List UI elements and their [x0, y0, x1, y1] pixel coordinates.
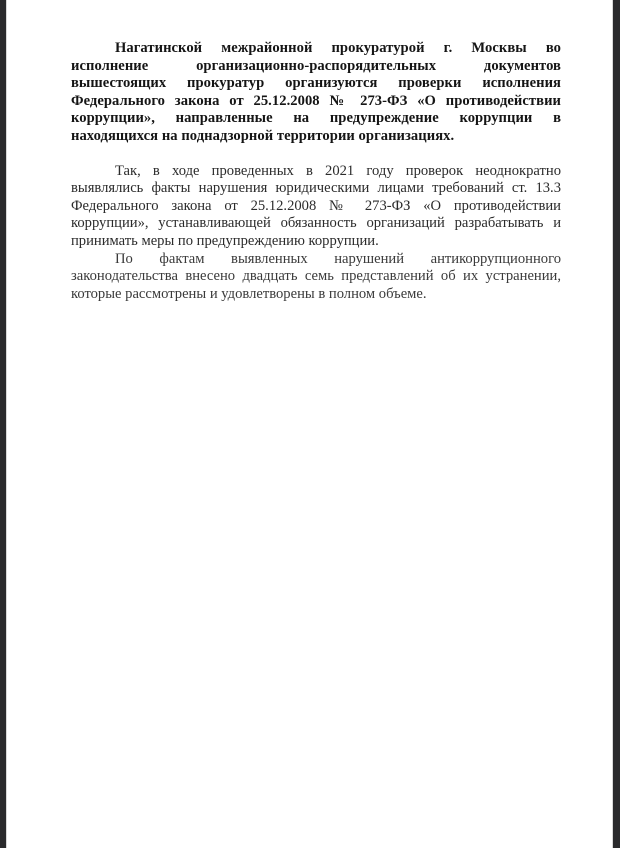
paragraph-violations: Так, в ходе проведенных в 2021 году пров…	[71, 163, 561, 251]
paragraph-gap	[71, 146, 561, 163]
viewer-frame: Нагатинской межрайонной прокуратурой г. …	[0, 0, 620, 848]
paragraph-intro: Нагатинской межрайонной прокуратурой г. …	[71, 40, 561, 146]
paragraph-results: По фактам выявленных нарушений антикорру…	[71, 251, 561, 304]
document-page: Нагатинской межрайонной прокуратурой г. …	[6, 0, 613, 848]
document-body: Нагатинской межрайонной прокуратурой г. …	[71, 40, 561, 303]
